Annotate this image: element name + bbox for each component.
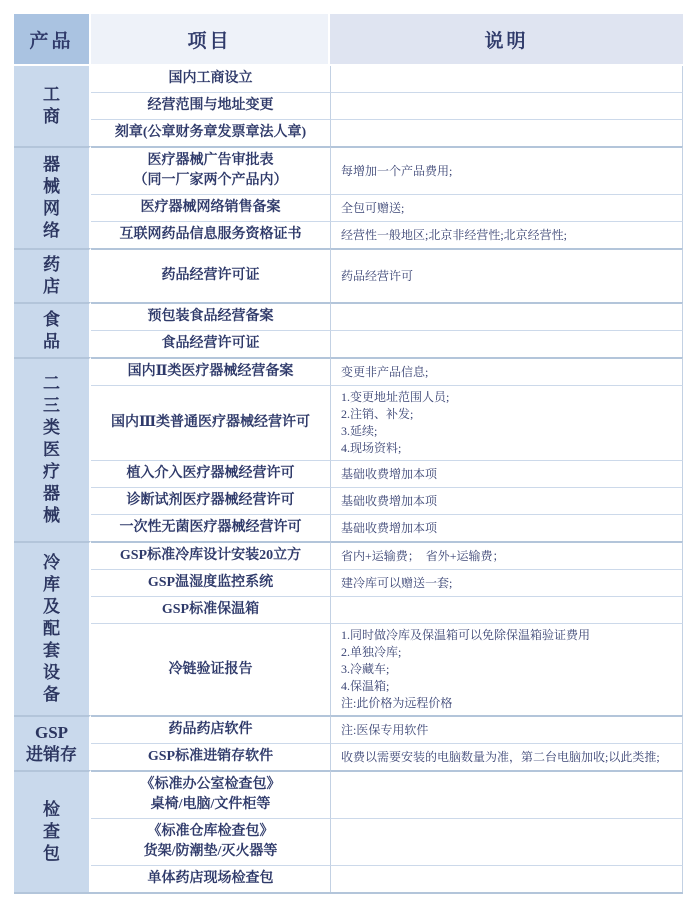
table-row: 检查包《标准办公室检查包》桌椅/电脑/文件柜等 [14,770,683,818]
description-cell: 药品经营许可 [330,248,683,302]
item-line: 国内工商设立 [93,69,328,89]
product-group-label-line: 械 [14,505,89,527]
description-line: 收费以需要安装的电脑数量为准，第二台电脑加收;以此类推; [341,749,672,766]
item-line: 经营范围与地址变更 [93,96,328,116]
product-group-label-line: GSP [14,722,89,744]
product-group-label-line: 查 [14,821,89,843]
product-group-label-line: 络 [14,220,89,242]
table-row: 经营范围与地址变更 [14,92,683,119]
table-row: 药店药品经营许可证药品经营许可 [14,248,683,302]
item-line: 单体药店现场检查包 [93,869,328,889]
description-cell [330,865,683,892]
product-group-label-line: 二 [14,373,89,395]
item-line: GSP温湿度监控系统 [93,573,328,593]
description-line: 注:此价格为远程价格 [341,695,672,712]
table-row: 冷链验证报告1.同时做冷库及保温箱可以免除保温箱验证费用2.单独冷库;3.冷藏车… [14,623,683,715]
item-cell: 刻章(公章财务章发票章法人章) [91,119,330,146]
description-line: 基础收费增加本项 [341,493,672,510]
description-cell: 1.变更地址范围人员;2.注销、补发;3.延续;4.现场资料; [330,385,683,460]
product-group-label-line: 器 [14,154,89,176]
table-row: 互联网药品信息服务资格证书经营性一般地区;北京非经营性;北京经营性; [14,221,683,248]
item-line: 货架/防潮垫/灭火器等 [93,842,328,862]
product-group-cell: 检查包 [14,770,91,892]
description-line: 1.变更地址范围人员; [341,389,672,406]
item-line: GSP标准进销存软件 [93,747,328,767]
header-item: 项目 [91,14,330,66]
header-description: 说明 [330,14,683,66]
item-line: 医疗器械广告审批表 [93,151,328,171]
product-group-label-line: 检 [14,799,89,821]
product-group-cell: GSP进销存 [14,715,91,770]
item-line: （同一厂家两个产品内） [93,171,328,191]
item-cell: 国内Ⅲ类普通医疗器械经营许可 [91,385,330,460]
description-line: 4.保温箱; [341,678,672,695]
product-group-cell: 食品 [14,302,91,357]
item-cell: 医疗器械广告审批表（同一厂家两个产品内） [91,146,330,194]
table-row: 冷库及配套设备GSP标准冷库设计安装20立方省内+运输费； 省外+运输费； [14,541,683,569]
description-line: 经营性一般地区;北京非经营性;北京经营性; [341,227,672,244]
item-line: 一次性无菌医疗器械经营许可 [93,518,328,538]
price-table-wrap: 产品 项目 说明 工商国内工商设立经营范围与地址变更刻章(公章财务章发票章法人章… [14,14,683,894]
item-line: 预包装食品经营备案 [93,307,328,327]
product-group-label-line: 品 [14,331,89,353]
description-cell: 省内+运输费； 省外+运输费； [330,541,683,569]
table-row: GSP标准进销存软件收费以需要安装的电脑数量为准，第二台电脑加收;以此类推; [14,743,683,770]
description-cell: 每增加一个产品费用; [330,146,683,194]
product-group-label-line: 冷 [14,552,89,574]
description-line: 4.现场资料; [341,440,672,457]
product-group-label-line: 设 [14,662,89,684]
product-group-label-line: 包 [14,843,89,865]
description-cell: 全包可赠送; [330,194,683,221]
description-cell: 基础收费增加本项 [330,460,683,487]
table-row: 国内Ⅲ类普通医疗器械经营许可1.变更地址范围人员;2.注销、补发;3.延续;4.… [14,385,683,460]
table-header: 产品 项目 说明 [14,14,683,66]
table-row: 刻章(公章财务章发票章法人章) [14,119,683,146]
product-group-label-line: 食 [14,309,89,331]
product-group-label-line: 三 [14,395,89,417]
product-group-label-line: 类 [14,417,89,439]
item-cell: GSP标准冷库设计安装20立方 [91,541,330,569]
item-line: GSP标准保温箱 [93,600,328,620]
header-product: 产品 [14,14,91,66]
table-row: 器械网络医疗器械广告审批表（同一厂家两个产品内）每增加一个产品费用; [14,146,683,194]
description-line: 1.同时做冷库及保温箱可以免除保温箱验证费用 [341,627,672,644]
description-cell [330,92,683,119]
item-line: 桌椅/电脑/文件柜等 [93,795,328,815]
item-cell: 冷链验证报告 [91,623,330,715]
product-group-cell: 工商 [14,66,91,146]
item-line: 互联网药品信息服务资格证书 [93,225,328,245]
item-line: 医疗器械网络销售备案 [93,198,328,218]
description-line: 省内+运输费； 省外+运输费； [341,548,672,565]
description-line: 建冷库可以赠送一套; [341,575,672,592]
description-cell [330,818,683,865]
table-row: 植入介入医疗器械经营许可基础收费增加本项 [14,460,683,487]
header-row: 产品 项目 说明 [14,14,683,66]
description-cell: 基础收费增加本项 [330,487,683,514]
table-row: 医疗器械网络销售备案全包可赠送; [14,194,683,221]
item-line: 国内Ⅱ类医疗器械经营备案 [93,362,328,382]
item-line: 刻章(公章财务章发票章法人章) [93,123,328,143]
table-row: 单体药店现场检查包 [14,865,683,892]
table-row: 食品预包装食品经营备案 [14,302,683,330]
product-group-cell: 冷库及配套设备 [14,541,91,715]
table-body: 工商国内工商设立经营范围与地址变更刻章(公章财务章发票章法人章)器械网络医疗器械… [14,66,683,892]
price-table: 产品 项目 说明 工商国内工商设立经营范围与地址变更刻章(公章财务章发票章法人章… [14,14,683,892]
product-group-label-line: 商 [14,106,89,128]
description-cell [330,330,683,357]
description-cell [330,596,683,623]
item-line: 《标准仓库检查包》 [93,822,328,842]
item-line: 药品经营许可证 [93,266,328,286]
product-group-label-line: 医 [14,439,89,461]
table-row: 二三类医疗器械国内Ⅱ类医疗器械经营备案变更非产品信息; [14,357,683,385]
table-row: 诊断试剂医疗器械经营许可基础收费增加本项 [14,487,683,514]
item-cell: 互联网药品信息服务资格证书 [91,221,330,248]
item-line: 食品经营许可证 [93,334,328,354]
description-line: 基础收费增加本项 [341,520,672,537]
product-group-label-line: 套 [14,640,89,662]
product-group-label-line: 库 [14,574,89,596]
product-group-label-line: 备 [14,684,89,706]
description-line: 基础收费增加本项 [341,466,672,483]
description-line: 3.延续; [341,423,672,440]
item-cell: 食品经营许可证 [91,330,330,357]
item-line: 国内Ⅲ类普通医疗器械经营许可 [93,413,328,433]
description-line: 3.冷藏车; [341,661,672,678]
item-cell: 国内Ⅱ类医疗器械经营备案 [91,357,330,385]
table-row: 工商国内工商设立 [14,66,683,92]
item-cell: 植入介入医疗器械经营许可 [91,460,330,487]
description-line: 药品经营许可 [341,268,672,285]
item-cell: 预包装食品经营备案 [91,302,330,330]
description-cell: 经营性一般地区;北京非经营性;北京经营性; [330,221,683,248]
product-group-label-line: 药 [14,254,89,276]
table-row: 《标准仓库检查包》货架/防潮垫/灭火器等 [14,818,683,865]
item-line: 诊断试剂医疗器械经营许可 [93,491,328,511]
item-cell: 单体药店现场检查包 [91,865,330,892]
description-cell [330,770,683,818]
product-group-cell: 器械网络 [14,146,91,248]
product-group-label-line: 进销存 [14,744,89,766]
table-row: GSP温湿度监控系统建冷库可以赠送一套; [14,569,683,596]
product-group-label-line: 网 [14,198,89,220]
item-cell: 诊断试剂医疗器械经营许可 [91,487,330,514]
item-cell: 《标准仓库检查包》货架/防潮垫/灭火器等 [91,818,330,865]
item-cell: 医疗器械网络销售备案 [91,194,330,221]
product-group-label-line: 器 [14,483,89,505]
item-cell: 《标准办公室检查包》桌椅/电脑/文件柜等 [91,770,330,818]
table-row: 一次性无菌医疗器械经营许可基础收费增加本项 [14,514,683,541]
description-cell: 1.同时做冷库及保温箱可以免除保温箱验证费用2.单独冷库;3.冷藏车;4.保温箱… [330,623,683,715]
description-cell: 收费以需要安装的电脑数量为准，第二台电脑加收;以此类推; [330,743,683,770]
description-cell [330,302,683,330]
description-line: 每增加一个产品费用; [341,163,672,180]
description-cell: 注:医保专用软件 [330,715,683,743]
item-cell: 一次性无菌医疗器械经营许可 [91,514,330,541]
table-row: GSP标准保温箱 [14,596,683,623]
product-group-label-line: 店 [14,276,89,298]
product-group-label-line: 配 [14,618,89,640]
product-group-label-line: 械 [14,176,89,198]
description-line: 2.单独冷库; [341,644,672,661]
product-group-label-line: 疗 [14,461,89,483]
item-cell: GSP标准进销存软件 [91,743,330,770]
table-row: GSP进销存药品药店软件注:医保专用软件 [14,715,683,743]
item-cell: 药品经营许可证 [91,248,330,302]
product-group-cell: 药店 [14,248,91,302]
product-group-cell: 二三类医疗器械 [14,357,91,541]
item-cell: 药品药店软件 [91,715,330,743]
item-line: 冷链验证报告 [93,660,328,680]
description-cell: 基础收费增加本项 [330,514,683,541]
table-row: 食品经营许可证 [14,330,683,357]
description-cell [330,66,683,92]
item-line: 《标准办公室检查包》 [93,775,328,795]
description-line: 变更非产品信息; [341,364,672,381]
item-line: 植入介入医疗器械经营许可 [93,464,328,484]
description-line: 注:医保专用软件 [341,722,672,739]
description-cell [330,119,683,146]
item-cell: GSP标准保温箱 [91,596,330,623]
product-group-label-line: 及 [14,596,89,618]
item-line: GSP标准冷库设计安装20立方 [93,546,328,566]
item-cell: GSP温湿度监控系统 [91,569,330,596]
item-cell: 国内工商设立 [91,66,330,92]
description-cell: 变更非产品信息; [330,357,683,385]
description-line: 2.注销、补发; [341,406,672,423]
description-cell: 建冷库可以赠送一套; [330,569,683,596]
item-cell: 经营范围与地址变更 [91,92,330,119]
product-group-label-line: 工 [14,84,89,106]
page: 产品 项目 说明 工商国内工商设立经营范围与地址变更刻章(公章财务章发票章法人章… [0,0,697,898]
item-line: 药品药店软件 [93,720,328,740]
description-line: 全包可赠送; [341,200,672,217]
